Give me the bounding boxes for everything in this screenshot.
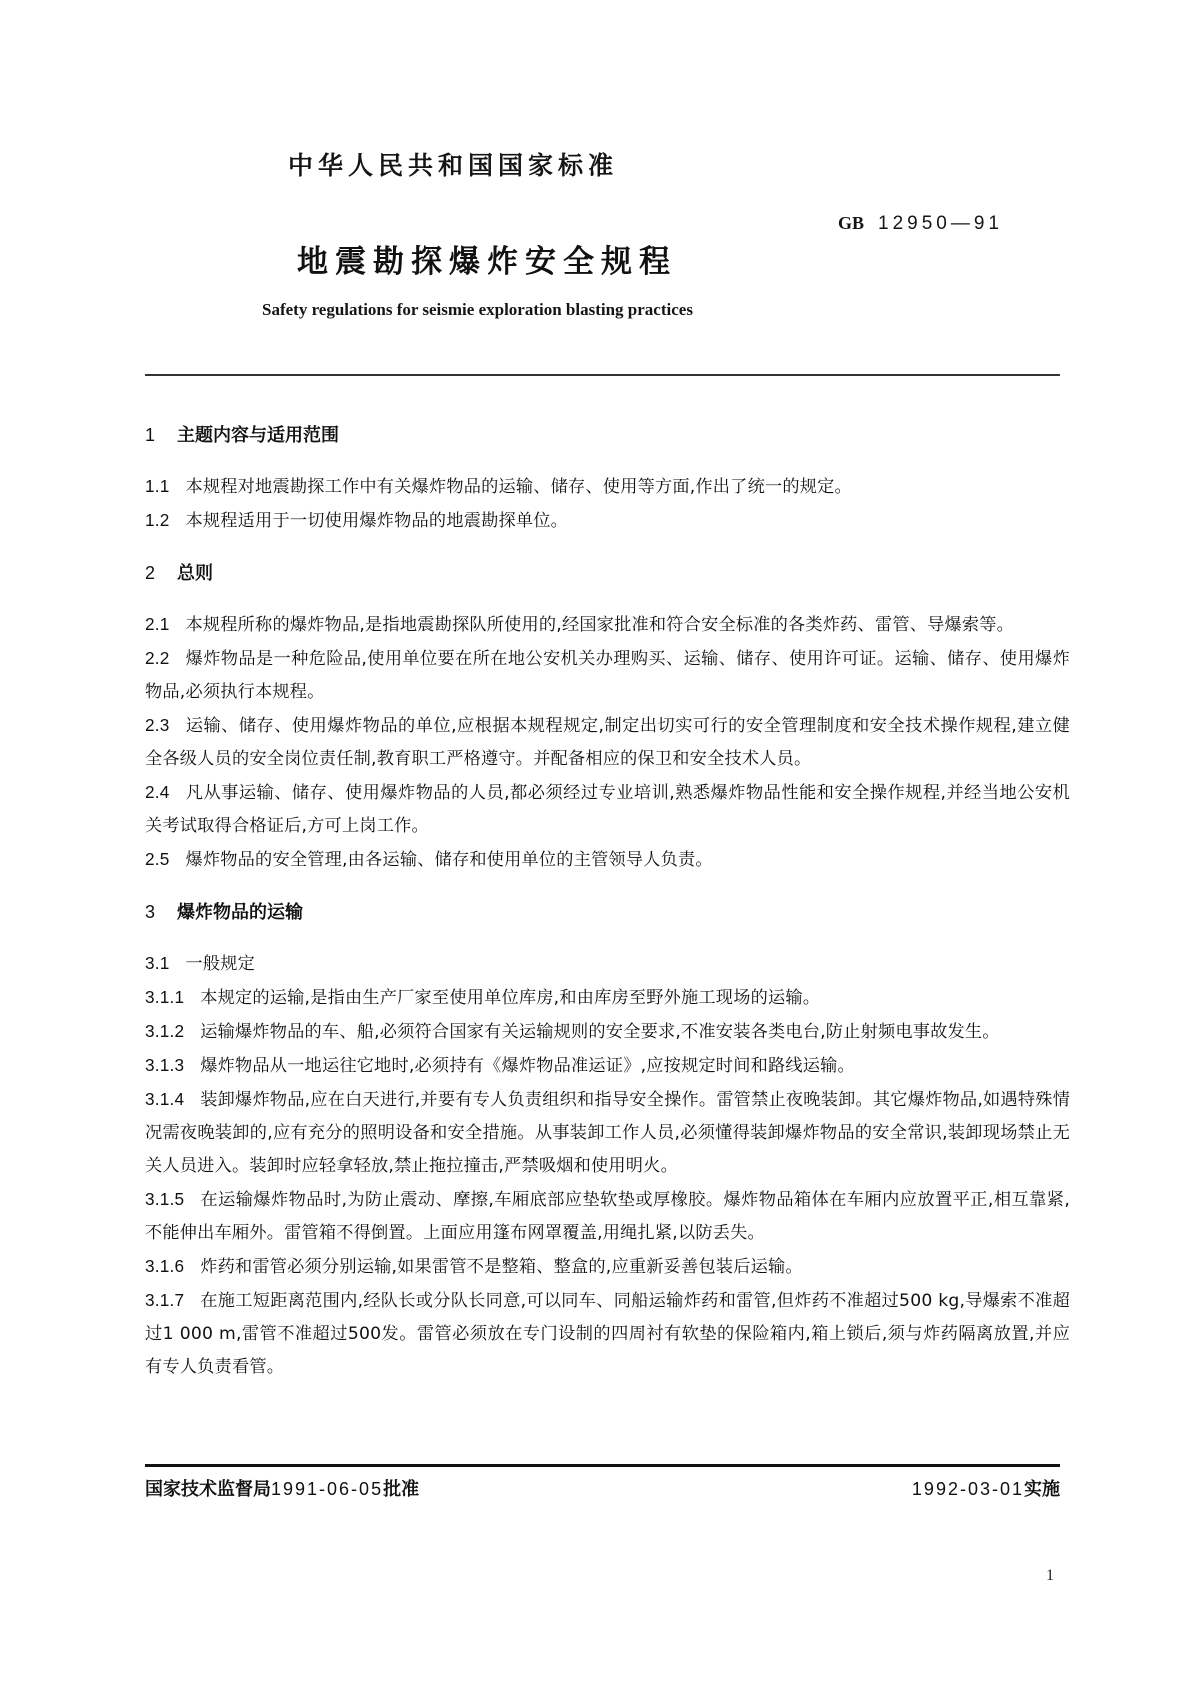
effective-date: 1992-03-01 [912,1479,1024,1499]
header-divider [145,374,1060,376]
clause: 2.3运输、储存、使用爆炸物品的单位,应根据本规程规定,制定出切实可行的安全管理… [145,709,1070,776]
document-page: 中华人民共和国国家标准 GB12950—91 地震勘探爆炸安全规程 Safety… [0,0,1191,1684]
clause-text: 在运输爆炸物品时,为防止震动、摩擦,车厢底部应垫软垫或厚橡胶。爆炸物品箱体在车厢… [145,1190,1070,1243]
clause-text: 本规程对地震勘探工作中有关爆炸物品的运输、储存、使用等方面,作出了统一的规定。 [186,477,852,497]
section-heading: 2总则 [145,556,1070,590]
clause-number: 1.2 [145,510,170,530]
section-number: 1 [145,418,177,452]
clause-text: 本规程适用于一切使用爆炸物品的地震勘探单位。 [186,511,569,531]
clause: 2.2爆炸物品是一种危险品,使用单位要在所在地公安机关办理购买、运输、储存、使用… [145,642,1070,709]
clause-number: 2.3 [145,715,170,735]
section-heading: 3爆炸物品的运输 [145,895,1070,929]
clause-number: 2.1 [145,614,170,634]
standard-number: 12950—91 [878,213,1003,234]
approving-authority: 国家技术监督局 [145,1479,271,1500]
standard-code: GB12950—91 [838,212,1003,235]
clause-number: 2.5 [145,849,170,869]
clause-number: 3.1.6 [145,1256,184,1276]
national-standard-heading: 中华人民共和国国家标准 [288,146,618,182]
clause: 2.4凡从事运输、储存、使用爆炸物品的人员,都必须经过专业培训,熟悉爆炸物品性能… [145,776,1070,843]
clause-number: 2.2 [145,648,170,668]
clause-number: 3.1.1 [145,987,184,1007]
approval-date: 1991-06-05 [271,1479,383,1499]
clause: 3.1一般规定 [145,947,1070,981]
clause-text: 爆炸物品的安全管理,由各运输、储存和使用单位的主管领导人负责。 [186,850,713,870]
clause: 3.1.4装卸爆炸物品,应在白天进行,并要有专人负责组织和指导安全操作。雷管禁止… [145,1083,1070,1183]
section-title: 总则 [177,563,213,584]
clause-text: 在施工短距离范围内,经队长或分队长同意,可以同车、同船运输炸药和雷管,但炸药不准… [145,1291,1070,1377]
document-body: 1主题内容与适用范围 1.1本规程对地震勘探工作中有关爆炸物品的运输、储存、使用… [145,418,1070,1384]
clause-number: 1.1 [145,476,170,496]
clause: 2.5爆炸物品的安全管理,由各运输、储存和使用单位的主管领导人负责。 [145,843,1070,877]
section-title: 爆炸物品的运输 [177,902,303,923]
clause-number: 3.1.5 [145,1189,184,1209]
footer-divider [145,1464,1060,1467]
clause-text: 装卸爆炸物品,应在白天进行,并要有专人负责组织和指导安全操作。雷管禁止夜晚装卸。… [145,1090,1070,1176]
clause-number: 3.1.7 [145,1290,184,1310]
clause: 2.1本规程所称的爆炸物品,是指地震勘探队所使用的,经国家批准和符合安全标准的各… [145,608,1070,642]
clause: 3.1.6炸药和雷管必须分别运输,如果雷管不是整箱、整盒的,应重新妥善包装后运输… [145,1250,1070,1284]
effective-label: 实施 [1024,1479,1060,1500]
clause-number: 3.1.2 [145,1021,184,1041]
section-number: 2 [145,556,177,590]
document-title: 地震勘探爆炸安全规程 [297,236,677,281]
clause-text: 爆炸物品从一地运往它地时,必须持有《爆炸物品准运证》,应按规定时间和路线运输。 [200,1056,855,1076]
clause-text: 爆炸物品是一种危险品,使用单位要在所在地公安机关办理购买、运输、储存、使用许可证… [145,649,1070,702]
clause-number: 3.1.3 [145,1055,184,1075]
clause: 3.1.1本规定的运输,是指由生产厂家至使用单位库房,和由库房至野外施工现场的运… [145,981,1070,1015]
section-number: 3 [145,895,177,929]
clause-number: 2.4 [145,782,170,802]
clause-text: 一般规定 [186,954,256,974]
document-subtitle-english: Safety regulations for seismie explorati… [262,300,693,320]
clause: 3.1.2运输爆炸物品的车、船,必须符合国家有关运输规则的安全要求,不准安装各类… [145,1015,1070,1049]
clause-number: 3.1.4 [145,1089,184,1109]
clause: 1.2本规程适用于一切使用爆炸物品的地震勘探单位。 [145,504,1070,538]
approval-info: 国家技术监督局1991-06-05批准 [145,1475,419,1501]
clause-number: 3.1 [145,953,170,973]
clause-text: 运输爆炸物品的车、船,必须符合国家有关运输规则的安全要求,不准安装各类电台,防止… [200,1022,999,1042]
clause: 3.1.5在运输爆炸物品时,为防止震动、摩擦,车厢底部应垫软垫或厚橡胶。爆炸物品… [145,1183,1070,1250]
approval-label: 批准 [383,1479,419,1500]
section-heading: 1主题内容与适用范围 [145,418,1070,452]
clause-text: 本规定的运输,是指由生产厂家至使用单位库房,和由库房至野外施工现场的运输。 [200,988,820,1008]
clause-text: 凡从事运输、储存、使用爆炸物品的人员,都必须经过专业培训,熟悉爆炸物品性能和安全… [145,783,1070,836]
effective-info: 1992-03-01实施 [912,1475,1060,1501]
clause-text: 本规程所称的爆炸物品,是指地震勘探队所使用的,经国家批准和符合安全标准的各类炸药… [186,615,1015,635]
clause-text: 运输、储存、使用爆炸物品的单位,应根据本规程规定,制定出切实可行的安全管理制度和… [145,716,1070,769]
clause: 3.1.3爆炸物品从一地运往它地时,必须持有《爆炸物品准运证》,应按规定时间和路… [145,1049,1070,1083]
clause: 1.1本规程对地震勘探工作中有关爆炸物品的运输、储存、使用等方面,作出了统一的规… [145,470,1070,504]
standard-prefix: GB [838,213,864,233]
clause: 3.1.7在施工短距离范围内,经队长或分队长同意,可以同车、同船运输炸药和雷管,… [145,1284,1070,1384]
section-title: 主题内容与适用范围 [177,425,339,446]
page-number: 1 [1046,1567,1054,1585]
clause-text: 炸药和雷管必须分别运输,如果雷管不是整箱、整盒的,应重新妥善包装后运输。 [200,1257,803,1277]
